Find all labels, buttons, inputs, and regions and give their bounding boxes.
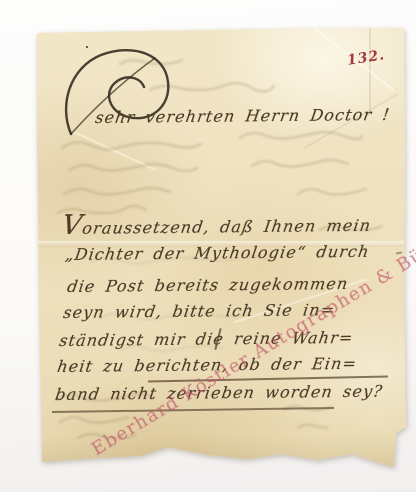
body-line-3: die Post bereits zugekommen (66, 274, 350, 296)
ink-dot (86, 46, 88, 48)
manuscript-paper: sehr verehrten Herrn Doctor ! Voraussetz… (0, 0, 416, 492)
letter-photo: sehr verehrten Herrn Doctor ! Voraussetz… (0, 0, 416, 492)
body-line-2: „Dichter der Mythologie“ durch (64, 242, 371, 264)
salutation-line: sehr verehrten Herrn Doctor ! (94, 105, 392, 127)
paper-edge-shade (0, 436, 416, 470)
paper-shadow: sehr verehrten Herrn Doctor ! Voraussetz… (0, 0, 416, 492)
body-line-1: Voraussetzend, daß Ihnen mein (60, 207, 374, 241)
